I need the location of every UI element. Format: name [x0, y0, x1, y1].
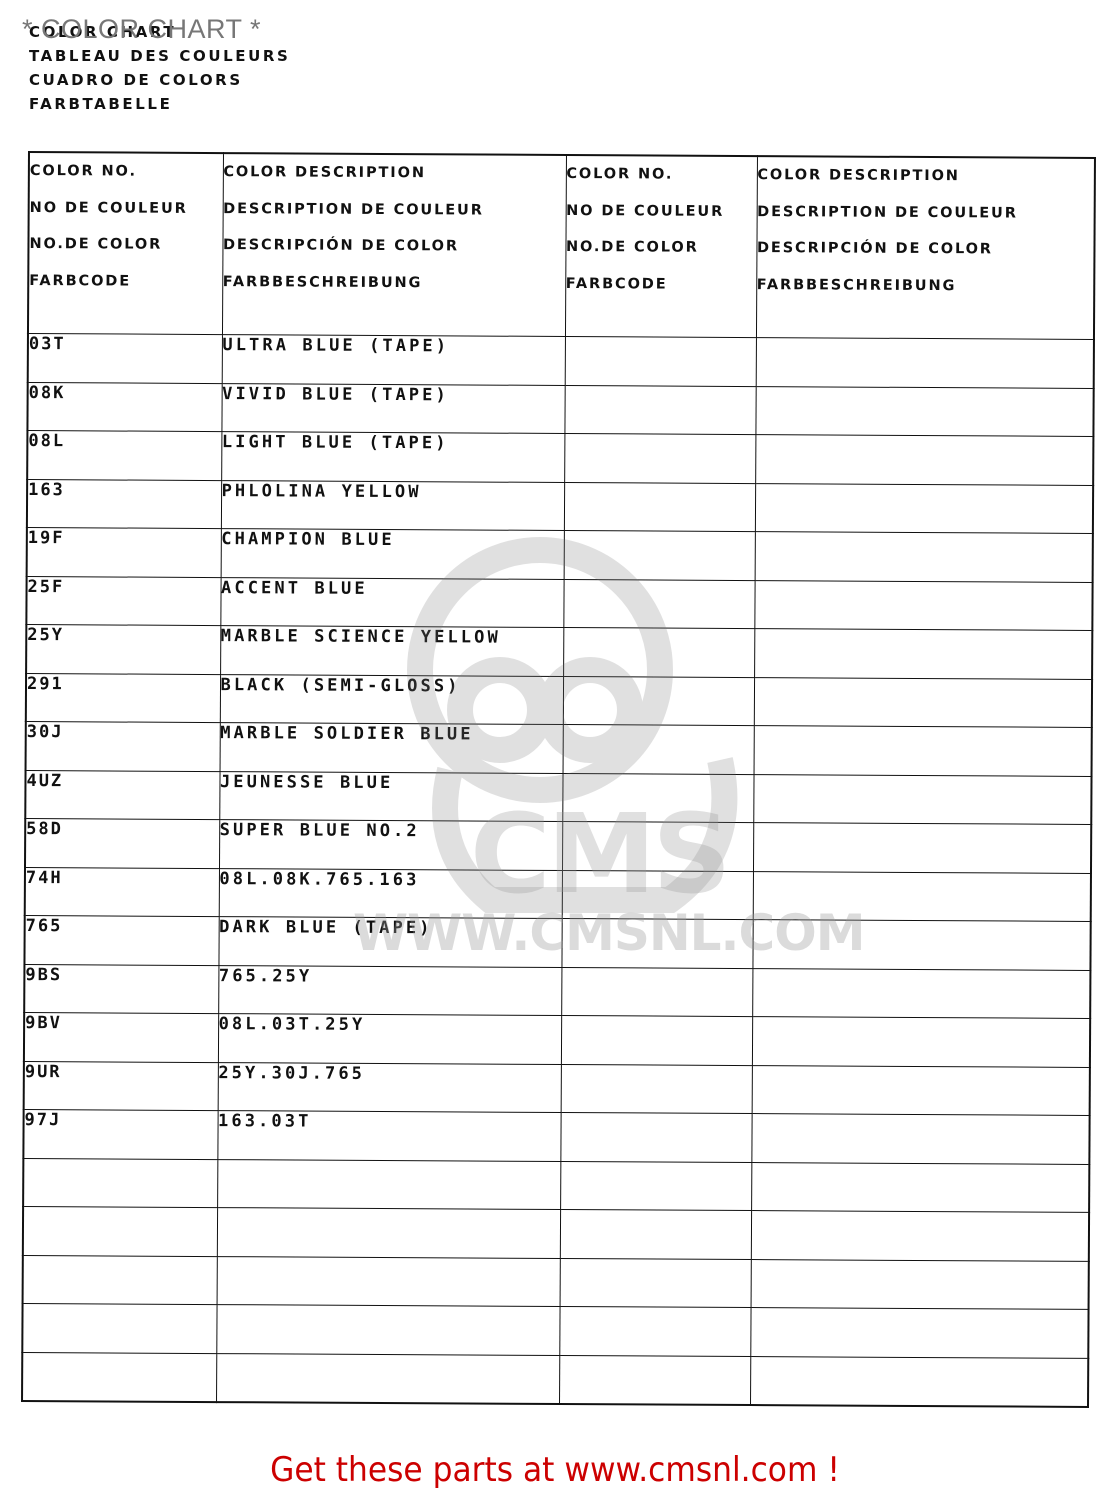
empty-color-code-cell: [565, 337, 756, 387]
empty-color-description-cell: [756, 338, 1094, 388]
empty-color-code-cell: [560, 1258, 751, 1308]
color-description-cell: ULTRA BLUE (TAPE): [222, 335, 565, 385]
table-row: 163PHLOLINA YELLOW: [27, 479, 1093, 533]
empty-color-description-cell: [755, 483, 1093, 533]
empty-color-description-cell: [750, 1356, 1088, 1407]
empty-color-code-cell: [560, 1209, 751, 1259]
header-color-no-left: COLOR NO. NO DE COULEUR NO.DE COLOR FARB…: [28, 152, 223, 335]
empty-color-description-cell: [754, 726, 1092, 776]
color-description-cell: MARBLE SOLDIER BLUE: [220, 723, 563, 773]
color-description-cell: CHAMPION BLUE: [221, 529, 564, 579]
empty-color-description-cell: [752, 1017, 1090, 1067]
color-code-cell: 9BS: [24, 964, 218, 1014]
table-row: 25YMARBLE SCIENCE YELLOW: [26, 624, 1092, 678]
table-row: 08KVIVID BLUE (TAPE): [27, 382, 1093, 436]
empty-color-code-cell: [559, 1355, 750, 1405]
table-row: [22, 1303, 1088, 1357]
color-code-cell: 08K: [27, 382, 221, 432]
empty-color-description-cell: [751, 1162, 1089, 1212]
header-color-no-right: COLOR NO. NO DE COULEUR NO.DE COLOR FARB…: [565, 155, 757, 338]
color-code-cell: 25F: [26, 576, 220, 626]
empty-color-description-cell: [750, 1308, 1088, 1358]
table-row: [22, 1352, 1088, 1407]
empty-color-description-cell: [751, 1259, 1089, 1309]
empty-color-description-cell: [751, 1211, 1089, 1261]
empty-color-code-cell: [563, 724, 754, 774]
table-row: 03TULTRA BLUE (TAPE): [28, 334, 1094, 388]
color-chart-table: COLOR NO. NO DE COULEUR NO.DE COLOR FARB…: [21, 151, 1094, 1416]
color-description-cell: [217, 1208, 560, 1258]
color-description-cell: 765.25Y: [218, 965, 561, 1015]
color-code-cell: 58D: [25, 818, 219, 868]
empty-color-code-cell: [561, 1064, 752, 1114]
color-code-cell: 765: [24, 915, 218, 965]
color-description-cell: 163.03T: [217, 1111, 560, 1161]
empty-color-code-cell: [561, 1015, 752, 1065]
empty-color-code-cell: [564, 434, 755, 484]
watermark-logo-text: CMS: [470, 790, 727, 918]
table-row: 291BLACK (SEMI-GLOSS): [26, 673, 1092, 727]
color-description-cell: MARBLE SCIENCE YELLOW: [220, 626, 563, 676]
table-row: 08LLIGHT BLUE (TAPE): [27, 431, 1093, 485]
table-row: 9BV08L.03T.25Y: [24, 1012, 1090, 1066]
empty-color-code-cell: [564, 530, 755, 580]
color-description-cell: 08L.03T.25Y: [218, 1014, 561, 1064]
color-description-cell: [217, 1159, 560, 1209]
table-row: 97J163.03T: [23, 1109, 1089, 1163]
color-code-cell: 03T: [28, 334, 222, 384]
table-row: 9UR25Y.30J.765: [24, 1061, 1090, 1115]
empty-color-description-cell: [751, 1114, 1089, 1164]
overlay-title: * COLOR CHART *: [22, 14, 261, 45]
header-color-description-left: COLOR DESCRIPTION DESCRIPTION DE COULEUR…: [222, 153, 566, 336]
table-row: [23, 1158, 1089, 1212]
color-description-cell: [216, 1353, 559, 1404]
empty-color-code-cell: [564, 385, 755, 435]
empty-color-description-cell: [755, 532, 1093, 582]
empty-color-code-cell: [563, 676, 754, 726]
table-row: 25FACCENT BLUE: [26, 576, 1092, 630]
empty-color-description-cell: [755, 435, 1093, 485]
table-row: 9BS765.25Y: [24, 964, 1090, 1018]
title-line-fr: TABLEAU DES COULEURS: [29, 44, 290, 68]
empty-color-code-cell: [559, 1306, 750, 1356]
color-code-cell: [23, 1158, 217, 1208]
empty-color-code-cell: [560, 1161, 751, 1211]
color-code-cell: 08L: [27, 431, 221, 481]
color-description-cell: VIVID BLUE (TAPE): [221, 383, 564, 433]
color-code-cell: [23, 1206, 217, 1256]
color-code-cell: 163: [27, 479, 221, 529]
empty-color-code-cell: [561, 967, 752, 1017]
empty-color-code-cell: [560, 1112, 751, 1162]
color-code-cell: 97J: [23, 1109, 217, 1159]
header-color-description-right: COLOR DESCRIPTION DESCRIPTION DE COULEUR…: [756, 156, 1095, 339]
color-code-cell: 25Y: [26, 624, 220, 674]
color-code-cell: [22, 1352, 216, 1402]
color-code-cell: 19F: [27, 527, 221, 577]
table-row: 30JMARBLE SOLDIER BLUE: [26, 721, 1092, 775]
empty-color-description-cell: [753, 774, 1091, 824]
table-row: [23, 1255, 1089, 1309]
color-code-cell: 291: [26, 673, 220, 723]
empty-color-code-cell: [564, 482, 755, 532]
empty-color-description-cell: [752, 1065, 1090, 1115]
color-code-cell: 4UZ: [25, 770, 219, 820]
color-code-cell: 30J: [26, 721, 220, 771]
empty-color-description-cell: [755, 386, 1093, 436]
empty-color-description-cell: [753, 823, 1091, 873]
color-description-cell: [216, 1305, 559, 1355]
color-code-cell: 74H: [25, 867, 219, 917]
footer-link[interactable]: Get these parts at www.cmsnl.com !: [44, 1450, 1065, 1490]
color-code-cell: [22, 1303, 216, 1353]
color-code-cell: [23, 1255, 217, 1305]
header-row: COLOR NO. NO DE COULEUR NO.DE COLOR FARB…: [28, 152, 1095, 339]
empty-color-description-cell: [754, 580, 1092, 630]
title-line-de: FARBTABELLE: [29, 92, 290, 116]
color-description-cell: [217, 1256, 560, 1306]
empty-color-code-cell: [563, 627, 754, 677]
empty-color-code-cell: [563, 579, 754, 629]
empty-color-description-cell: [752, 968, 1090, 1018]
empty-color-description-cell: [754, 677, 1092, 727]
color-description-cell: BLACK (SEMI-GLOSS): [220, 674, 563, 724]
color-description-cell: ACCENT BLUE: [220, 577, 563, 627]
table-row: 19FCHAMPION BLUE: [27, 527, 1093, 581]
color-description-cell: 25Y.30J.765: [218, 1062, 561, 1112]
color-code-cell: 9BV: [24, 1012, 218, 1062]
color-description-cell: PHLOLINA YELLOW: [221, 480, 564, 530]
watermark-url-text: WWW.CMSNL.COM: [353, 904, 865, 962]
color-description-cell: LIGHT BLUE (TAPE): [221, 432, 564, 482]
color-code-cell: 9UR: [24, 1061, 218, 1111]
empty-color-description-cell: [754, 629, 1092, 679]
title-line-es: CUADRO DE COLORS: [29, 68, 290, 92]
table-row: [23, 1206, 1089, 1260]
